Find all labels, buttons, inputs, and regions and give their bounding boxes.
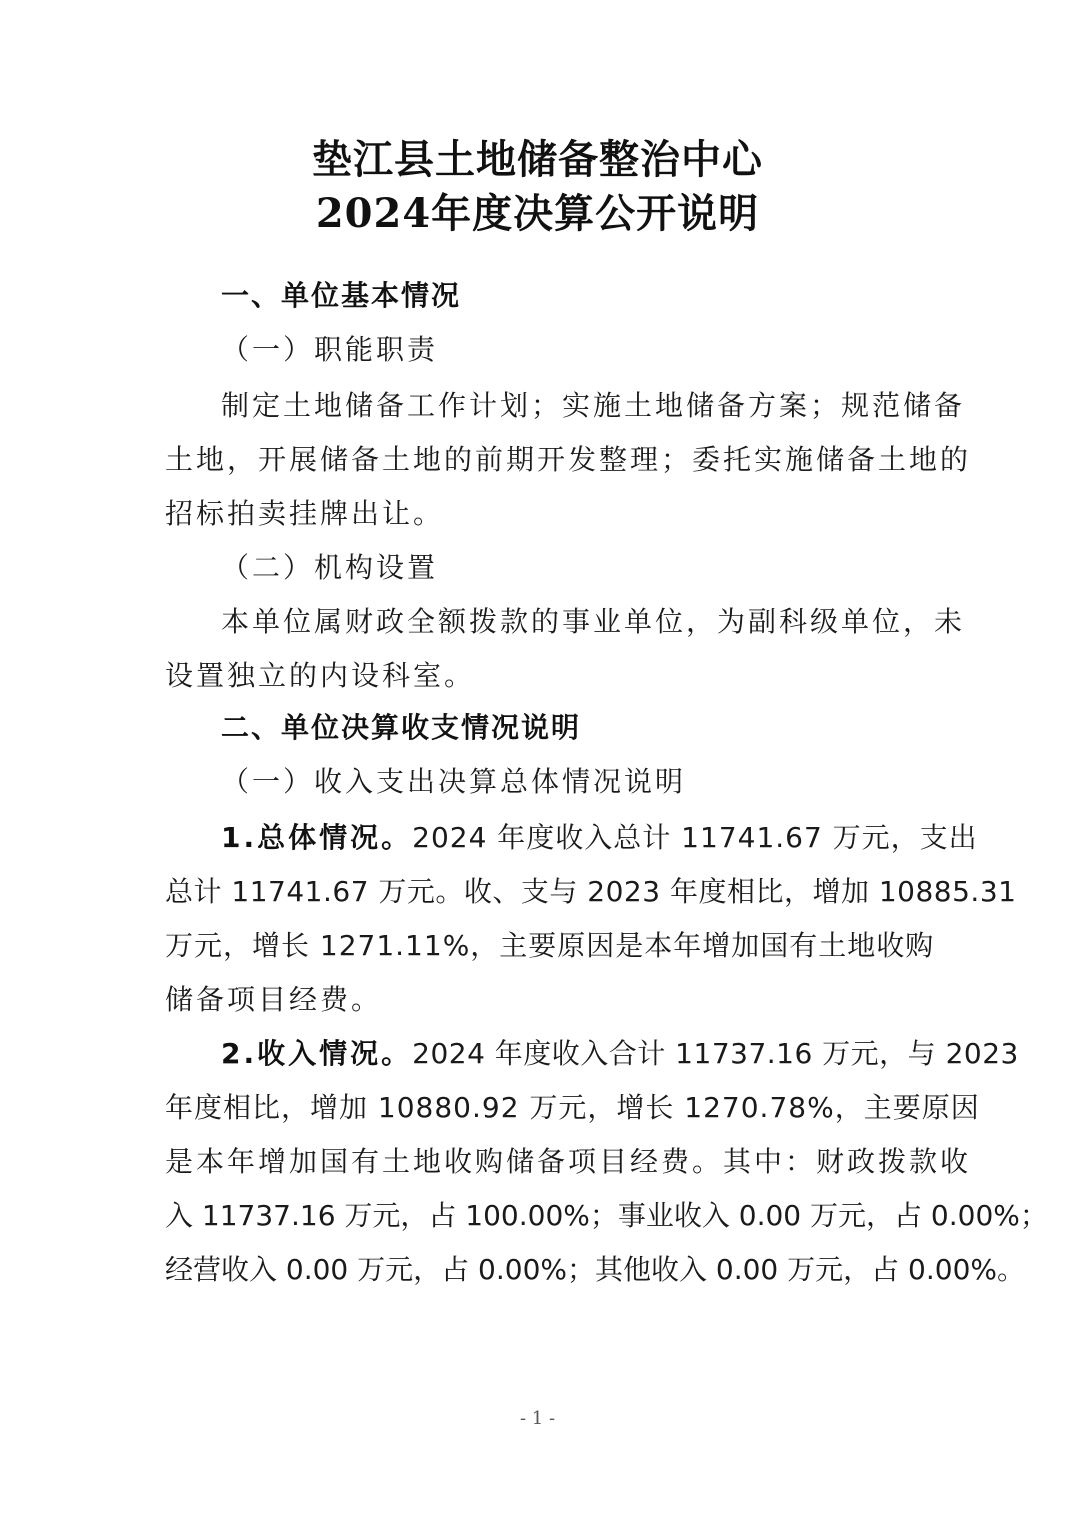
paragraph-line: 本单位属财政全额拨款的事业单位，为副科级单位，未 — [221, 602, 915, 642]
section-heading-budget: 二、单位决算收支情况说明 — [221, 708, 971, 748]
page-number: - 1 - — [0, 1408, 1075, 1429]
paragraph-line: 万元，增长 1271.11%，主要原因是本年增加国有土地收购 — [165, 926, 915, 966]
paragraph-line: 年度相比，增加 10880.92 万元，增长 1270.78%，主要原因 — [165, 1088, 915, 1128]
paragraph-text: 2024 年度收入总计 11741.67 万元，支出 — [412, 818, 978, 858]
document-title-line1: 垫江县土地储备整治中心 — [0, 136, 1075, 184]
document-title-line2: 2024年度决算公开说明 — [0, 190, 1075, 238]
paragraph-text: 2024 年度收入合计 11737.16 万元，与 2023 — [412, 1034, 1019, 1074]
paragraph-income-first-line: 2.收入情况。 2024 年度收入合计 11737.16 万元，与 2023 — [221, 1034, 915, 1074]
section-heading-basic-info: 一、单位基本情况 — [221, 276, 971, 316]
paragraph-lead-overall: 1.总体情况。 — [221, 818, 412, 858]
subsection-heading-functions: （一）职能职责 — [221, 330, 971, 370]
paragraph-line: 土地，开展储备土地的前期开发整理；委托实施储备土地的 — [165, 440, 915, 480]
paragraph-lead-income: 2.收入情况。 — [221, 1034, 412, 1074]
paragraph-line: 经营收入 0.00 万元，占 0.00%；其他收入 0.00 万元，占 0.00… — [165, 1250, 915, 1290]
paragraph-line: 制定土地储备工作计划；实施土地储备方案；规范储备 — [221, 386, 915, 426]
paragraph-line: 是本年增加国有土地收购储备项目经费。其中：财政拨款收 — [165, 1142, 915, 1182]
subsection-heading-overall: （一）收入支出决算总体情况说明 — [221, 762, 971, 802]
subsection-heading-organization: （二）机构设置 — [221, 548, 971, 588]
paragraph-line: 储备项目经费。 — [165, 980, 915, 1020]
document-page: 垫江县土地储备整治中心 2024年度决算公开说明 一、单位基本情况 （一）职能职… — [0, 0, 1075, 1520]
paragraph-overall-first-line: 1.总体情况。 2024 年度收入总计 11741.67 万元，支出 — [221, 818, 915, 858]
paragraph-line: 设置独立的内设科室。 — [165, 656, 915, 696]
paragraph-line: 入 11737.16 万元，占 100.00%；事业收入 0.00 万元，占 0… — [165, 1196, 915, 1236]
paragraph-line: 总计 11741.67 万元。收、支与 2023 年度相比，增加 10885.3… — [165, 872, 915, 912]
paragraph-line: 招标拍卖挂牌出让。 — [165, 494, 915, 534]
